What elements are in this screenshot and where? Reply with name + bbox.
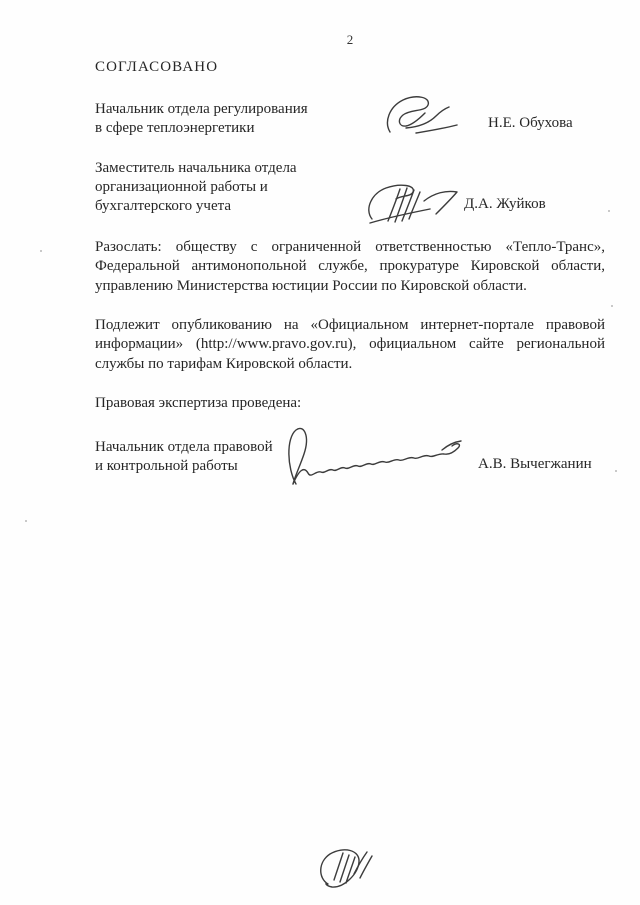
legal-review-statement: Правовая экспертиза проведена: — [95, 395, 301, 412]
bottom-paraph-mark — [312, 842, 374, 892]
scan-speck — [615, 470, 617, 472]
distribution-line-1: Разослать: обществу с ограниченной ответ… — [95, 238, 605, 257]
signatory-1-title-line-2: в сфере теплоэнергетики — [95, 119, 308, 138]
publication-line-2: информации» (http://www.pravo.gov.ru), о… — [95, 335, 605, 354]
legal-review-title-line-1: Начальник отдела правовой — [95, 438, 273, 457]
legal-review-title: Начальник отдела правовой и контрольной … — [95, 438, 273, 476]
scan-speck — [40, 250, 42, 252]
signatory-2-title-line-3: бухгалтерского учета — [95, 197, 297, 216]
scan-speck — [611, 305, 613, 307]
signatory-1-title-line-1: Начальник отдела регулирования — [95, 100, 308, 119]
signatory-1-title: Начальник отдела регулирования в сфере т… — [95, 100, 308, 138]
signatory-1-name: Н.Е. Обухова — [488, 115, 573, 132]
signatory-2-title: Заместитель начальника отдела организаци… — [95, 159, 297, 215]
page-number: 2 — [95, 32, 605, 48]
scan-speck — [25, 520, 27, 522]
publication-line-3: службы по тарифам Кировской области. — [95, 355, 605, 374]
distribution-line-3: управлению Министерства юстиции России п… — [95, 277, 605, 296]
signatory-2-name: Д.А. Жуйков — [464, 196, 546, 213]
approval-heading: СОГЛАСОВАНО — [95, 59, 218, 76]
scan-speck — [608, 210, 610, 212]
distribution-line-2: Федеральной антимонопольной службе, прок… — [95, 257, 605, 276]
document-page: 2 СОГЛАСОВАНО Начальник отдела регулиров… — [0, 0, 640, 905]
publication-paragraph: Подлежит опубликованию на «Официальном и… — [95, 316, 605, 374]
legal-review-title-line-2: и контрольной работы — [95, 457, 273, 476]
signature-obukhova — [383, 95, 467, 139]
publication-line-1: Подлежит опубликованию на «Официальном и… — [95, 316, 605, 335]
signatory-2-title-line-2: организационной работы и — [95, 178, 297, 197]
signatory-2-title-line-1: Заместитель начальника отдела — [95, 159, 297, 178]
distribution-paragraph: Разослать: обществу с ограниченной ответ… — [95, 238, 605, 296]
signature-vychegzhanin — [282, 426, 468, 488]
legal-review-name: А.В. Вычегжанин — [478, 456, 592, 473]
signature-zhuykov — [366, 179, 464, 227]
